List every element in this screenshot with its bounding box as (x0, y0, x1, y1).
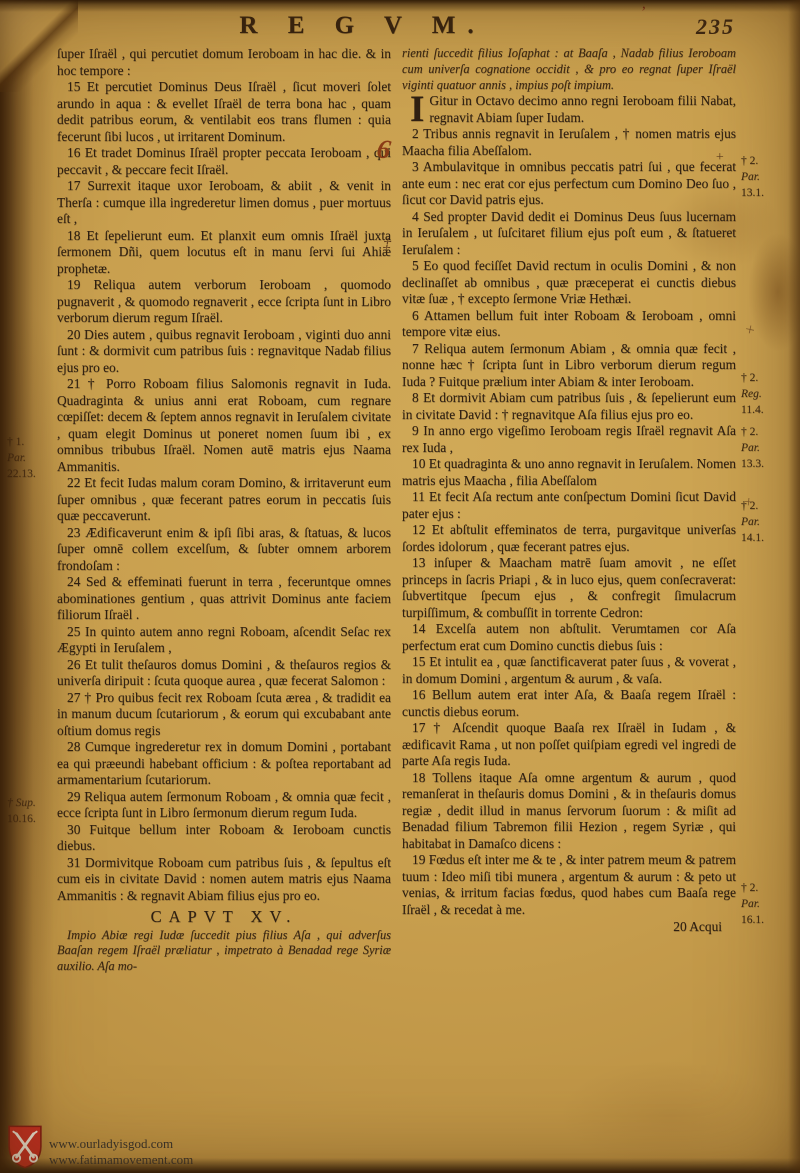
verse-paragraph: ſuper Iſraël , qui percutiet domum Ierob… (57, 46, 391, 79)
page-right-edge (788, 0, 800, 1173)
page-corner-fold (0, 0, 78, 92)
watermark-urls: www.ourladyisgod.com www.fatimamovement.… (49, 1136, 193, 1168)
scanned-book-page: R E G V M. 235 ʼ ſuper Iſraël , qui perc… (0, 0, 800, 1173)
verse-paragraph: 2 Tribus annis regnavit in Ieruſalem , †… (402, 126, 736, 159)
verse-paragraph: 19 Reliqua autem verborum Ieroboam , quo… (57, 277, 391, 327)
verse-paragraph: 17 Surrexit itaque uxor Ieroboam, & abii… (57, 178, 391, 228)
verse-paragraph-dropcap: IGitur in Octavo decimo anno regni Ierob… (402, 93, 736, 126)
running-title: R E G V M. (55, 12, 670, 40)
verse-paragraph: 16 Et tradet Dominus Iſraël propter pecc… (57, 145, 391, 178)
verse-paragraph: 6 Attamen bellum fuit inter Roboam & Ier… (402, 308, 736, 341)
verse-paragraph: 3 Ambulavitque in omnibus peccatis patri… (402, 159, 736, 209)
verse-paragraph: 15 Et percutiet Dominus Deus Iſraël , ſi… (57, 79, 391, 145)
book-spine-edge (0, 0, 54, 1173)
right-column: rienti ſuccedit filius Ioſaphat : at Baa… (402, 46, 736, 936)
verse-paragraph: 8 Et dormivit Abiam cum patribus ſuis , … (402, 390, 736, 423)
verse-paragraph: 17 † Aſcendit quoque Baaſa rex Iſraël in… (402, 720, 736, 770)
verse-paragraph: 18 Et ſepelierunt eum. Et planxit eum om… (57, 228, 391, 278)
verse-paragraph: 10 Et quadraginta & uno anno regnavit in… (402, 456, 736, 489)
chapter-heading: CAPVT XV. (57, 909, 391, 926)
verse-text: Gitur in Octavo decimo anno regni Ierobo… (429, 93, 736, 125)
verse-paragraph: 30 Fuitque bellum inter Roboam & Ieroboa… (57, 822, 391, 855)
verse-paragraph: 26 Et tulit theſauros domus Domini , & t… (57, 657, 391, 690)
left-column: ſuper Iſraël , qui percutiet domum Ierob… (57, 46, 391, 975)
watermark-url-1: www.ourladyisgod.com (49, 1136, 193, 1152)
verse-paragraph: 13 inſuper & Maacham matrē ſuam amovit ,… (402, 555, 736, 621)
catchword: 20 Acqui (402, 919, 736, 936)
verse-paragraph: 20 Dies autem , quibus regnavit Ieroboam… (57, 327, 391, 377)
verse-paragraph: 5 Eo quod feciſſet David rectum in oculi… (402, 258, 736, 308)
parchment-stain (560, 1060, 780, 1170)
chapter-argument: Impio Abiæ regi Iudæ ſuccedit pius filiu… (57, 928, 391, 975)
verse-paragraph: 18 Tollens itaque Aſa omne argentum & au… (402, 770, 736, 853)
verse-paragraph: 27 † Pro quibus fecit rex Roboam ſcuta æ… (57, 690, 391, 740)
verse-paragraph: 22 Et fecit Iudas malum coram Domino, & … (57, 475, 391, 525)
verse-paragraph: 25 In quinto autem anno regni Roboam, aſ… (57, 624, 391, 657)
verse-paragraph: 28 Cumque ingrederetur rex in domum Domi… (57, 739, 391, 789)
page-header: R E G V M. 235 (55, 10, 760, 46)
verse-paragraph: 16 Bellum autem erat inter Aſa, & Baaſa … (402, 687, 736, 720)
shield-crossed-keys-icon (7, 1124, 43, 1169)
page-number: 235 (696, 14, 735, 40)
handwritten-plus-mark: + (742, 319, 757, 341)
verse-paragraph: 29 Reliqua autem ſermonum Roboam , & omn… (57, 789, 391, 822)
verse-paragraph: 9 In anno ergo vigeſimo Ieroboam regis I… (402, 423, 736, 456)
verse-paragraph: 24 Sed & effeminati fuerunt in terra , f… (57, 574, 391, 624)
verse-paragraph: 7 Reliqua autem ſermonum Abiam , & omnia… (402, 341, 736, 391)
verse-paragraph: 15 Et intulit ea , quæ ſanctificaverat p… (402, 654, 736, 687)
verse-paragraph: 23 Ædificaverunt enim & ipſi ſibi aras, … (57, 525, 391, 575)
watermark-url-2: www.fatimamovement.com (49, 1152, 193, 1168)
page-top-edge (0, 0, 800, 12)
verse-paragraph: 21 † Porro Roboam filius Salomonis regna… (57, 376, 391, 475)
chapter-argument-continuation: rienti ſuccedit filius Ioſaphat : at Baa… (402, 46, 736, 93)
verse-paragraph: 14 Excelſa autem non abſtulit. Verumtame… (402, 621, 736, 654)
verse-paragraph: 12 Et abſtulit effeminatos de terra, pur… (402, 522, 736, 555)
verse-paragraph: 19 Fœdus eſt inter me & te , & inter pat… (402, 852, 736, 918)
verse-paragraph: 4 Sed propter David dedit ei Dominus Deu… (402, 209, 736, 259)
verse-paragraph: 31 Dormivitque Roboam cum patribus ſuis … (57, 855, 391, 905)
verse-paragraph: 11 Et fecit Aſa rectum ante conſpectum D… (402, 489, 736, 522)
drop-cap-initial: I (402, 93, 429, 124)
